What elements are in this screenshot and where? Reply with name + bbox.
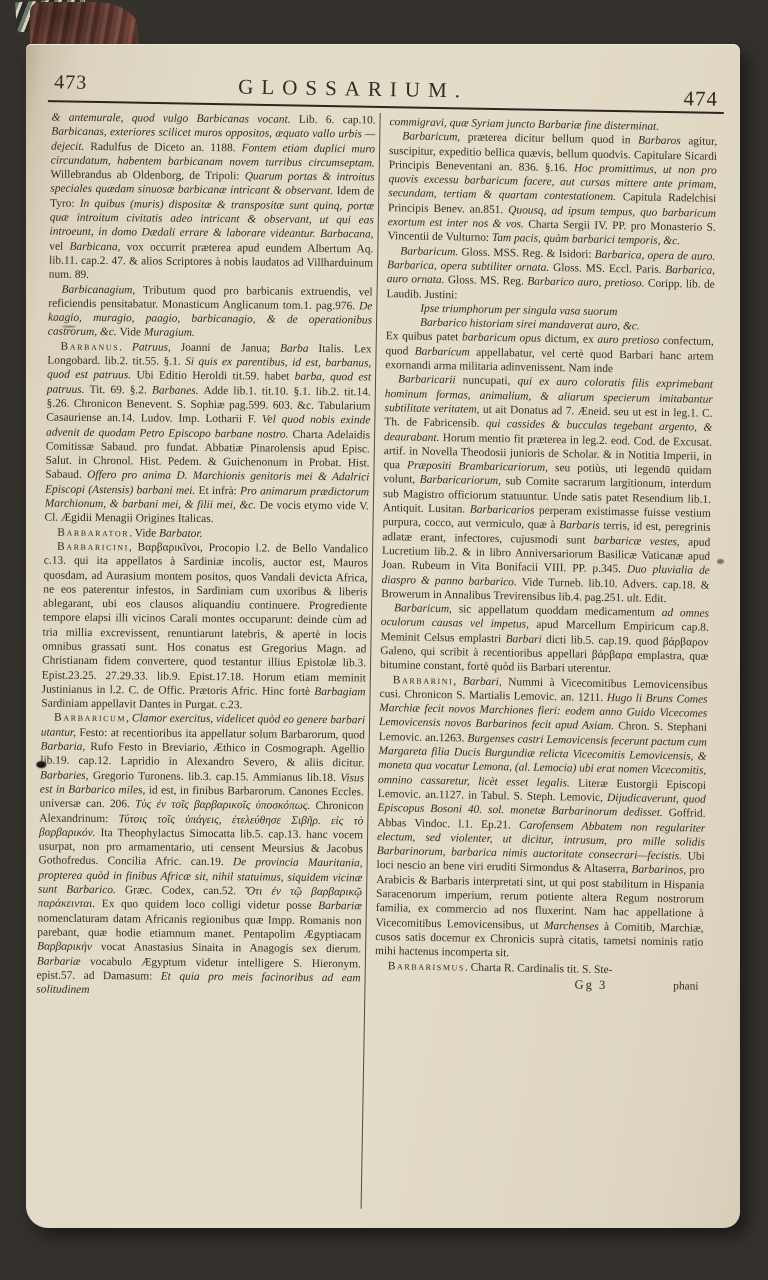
text-run: Βαρβαρικὴν [37, 941, 101, 954]
text-run: præterea dicitur bellum quod in [468, 132, 638, 147]
right-column-paragraphs: commigravi, quæ Syriam juncto Barbariæ f… [375, 115, 718, 978]
text-run: Barbaricini [57, 541, 129, 554]
text-run: Barbarinos, [631, 864, 689, 877]
paragraph: Barbanus. Patruus, Joanni de Janua; Barb… [44, 339, 371, 528]
paragraph: Barbaricum, Clamor exercitus, videlicet … [36, 711, 365, 1000]
text-run: Barbanus [60, 340, 119, 353]
text-run: Barbaricum [415, 345, 477, 358]
text-run: Lib. 6. cap.10. [299, 114, 376, 127]
paragraph: Barbaricini, Βαρβαρικῖνοι, Procopio l.2.… [41, 539, 368, 713]
text-run: Marchenses [544, 920, 604, 933]
text-run: Tam pacis, quàm barbarici temporis, &c. [492, 232, 680, 247]
text-run: Patruus, [132, 341, 181, 353]
text-run: Barbagiam [314, 686, 365, 698]
text-column-left: & antemurale, quod vulgo Barbicanas voca… [36, 111, 375, 1000]
text-run: dictum, ex [545, 333, 598, 346]
text-run: & antemurale, quod vulgo Barbicanas voca… [51, 112, 298, 126]
signature-mark: Gg 3 [574, 977, 607, 992]
text-run: Et infrà: [198, 485, 240, 497]
text-run: In quibus (muris) dispositæ & transposit… [49, 198, 374, 241]
scanned-book-photo: { "page": { "left_page_number": "473", "… [0, 0, 768, 1280]
text-run: Barbari, [463, 675, 509, 688]
text-run: Barbarico auro, pretioso. [527, 276, 648, 290]
book-page: 473 GLOSSARIUM. 474 & antemurale, quod v… [26, 44, 740, 1228]
catchword: phani [673, 979, 699, 994]
text-run: Barbator. [159, 527, 203, 539]
paragraph: Barbaricum, præterea dicitur bellum quod… [387, 129, 717, 249]
text-run: Tit. 69. §.2. [90, 384, 153, 397]
text-run: Radulfus de Diceto an. 1188. [90, 141, 241, 154]
text-run: Barbicana, [69, 240, 126, 252]
text-run: barbaricæ vestes, [594, 534, 689, 548]
text-run: Barbaria, [40, 741, 90, 753]
text-run: Τὺς ἐν τοῖς βαρβαρικοῖς ὑποσκόπως. [135, 799, 316, 813]
text-run: Gloss. MS. Reg. [448, 274, 528, 287]
paragraph: & antemurale, quod vulgo Barbicanas voca… [49, 111, 376, 285]
text-run: Barbicanagium, [61, 283, 143, 296]
text-run: Græc. Codex, can.52. [125, 884, 245, 897]
text-run: Barbaricarios [470, 504, 539, 517]
text-run: . [119, 341, 132, 353]
ink-spot [717, 559, 724, 564]
text-run: Ubi Editio Heroldi tit.59. habet [136, 370, 294, 383]
paragraph: Barbaricum, sic appellatum quoddam medic… [380, 601, 709, 678]
text-run: Barbarator [57, 526, 129, 539]
text-run: nuncupati, [463, 375, 518, 388]
text-run: Barbanes. [152, 384, 204, 396]
text-run: . Vide [129, 527, 159, 539]
text-column-right: commigravi, quæ Syriam juncto Barbariæ f… [374, 115, 717, 995]
text-run: Barbarini [393, 674, 454, 687]
text-run: vel [49, 240, 69, 252]
text-run: Joanni de Janua; [181, 342, 280, 355]
text-run: Barbaricum, [402, 131, 468, 144]
text-run: Barbaricum. [400, 245, 461, 258]
paragraph: Barbicanagium, Tributum quod pro barbica… [48, 282, 373, 342]
text-run: Willebrandus ab Oldenborg, de Tripoli: [50, 169, 244, 183]
text-run: auro pretioso [597, 334, 663, 347]
text-run: , Βαρβαρικῖνοι, Procopio l.2. de Bello V… [41, 541, 368, 698]
text-run: Barbari [506, 633, 547, 646]
text-run: Barbaricariorum, [420, 474, 506, 487]
text-run: Barbaris [559, 519, 603, 532]
paragraph: Ex quibus patet barbaricum opus dictum, … [385, 330, 714, 379]
text-run: Gloss. MSS. Reg. & Isidori: [461, 246, 595, 260]
text-run: Gregorio Turonens. lib.3. cap.15. Ammian… [93, 770, 341, 784]
text-run: Ex quibus patet [386, 331, 462, 344]
page-number-right: 474 [683, 86, 718, 112]
ink-spot [36, 761, 46, 768]
text-run: Vide [119, 327, 144, 339]
paragraph: Barbaricum. Gloss. MSS. Reg. & Isidori: … [386, 244, 715, 307]
text-run: Barbaries, [40, 769, 93, 781]
text-run: Barbarismus [388, 960, 465, 973]
text-run: Barbariæ [318, 900, 362, 912]
page-content: 473 GLOSSARIUM. 474 & antemurale, quod v… [6, 43, 741, 1239]
text-run: Gloss. MS. Eccl. Paris. [553, 262, 665, 276]
text-run: Festo: at recentioribus ita appellatur s… [79, 727, 365, 741]
text-run: Barbaricarii [398, 374, 463, 387]
text-run: sic appellatum quoddam medicamentum [459, 604, 662, 620]
paragraph: Barbarini, Barbari, Nummi à Vicecomitibu… [375, 673, 708, 965]
text-run: Barba [280, 342, 319, 354]
text-run: Sardiniam appellavit Dantes in Purgat. c… [41, 698, 242, 712]
text-run: barbaricum opus [462, 332, 545, 345]
text-run: Barbariæ [37, 955, 90, 967]
text-run: , [453, 675, 463, 687]
text-run: Præpositi Brambaricariorum, [407, 460, 555, 475]
text-run: Barbaricum, [394, 602, 459, 615]
text-run: nomenclaturam datam Africanis regionibus… [37, 912, 361, 941]
paragraph: Barbaricarii nuncupati, qui ex auro colo… [381, 372, 713, 606]
text-run: Muragium. [144, 327, 195, 339]
text-run: Barbaros [638, 135, 688, 148]
text-run: Ex quo quidem loco colligi videtur posse [102, 898, 319, 912]
text-run: . Charta R. Cardinalis tit. S. Ste- [465, 961, 613, 976]
text-run: vocat Anastasius Sinaita in Anagogis sex… [101, 941, 361, 955]
text-run: Barbaricum [54, 712, 126, 725]
